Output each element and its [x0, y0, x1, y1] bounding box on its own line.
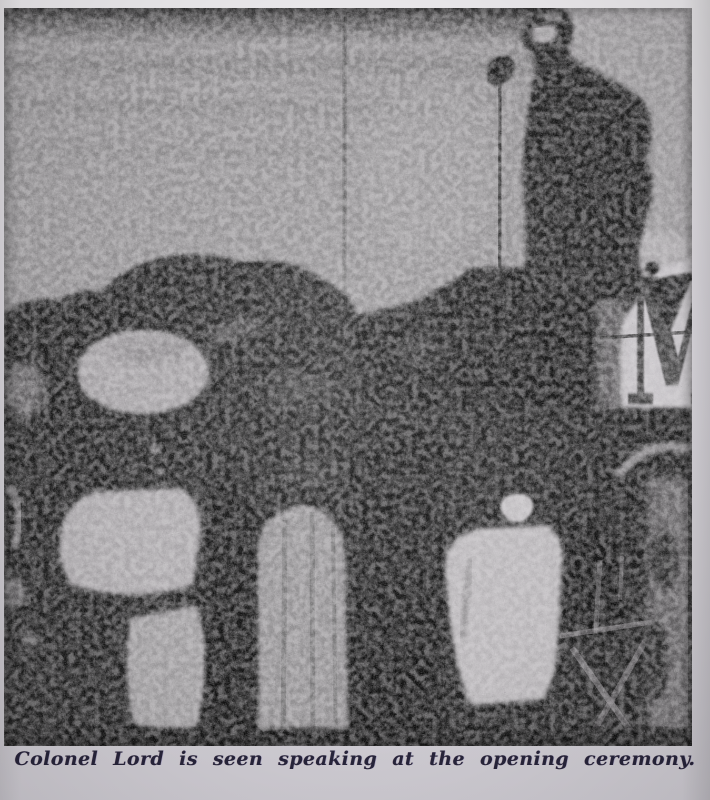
- newspaper-photo: M: [0, 0, 710, 800]
- photo-caption: Colonel Lord is seen speaking at the ope…: [0, 747, 710, 771]
- halftone-dark-grain: [4, 8, 692, 746]
- newspaper-clipping: M: [0, 0, 710, 800]
